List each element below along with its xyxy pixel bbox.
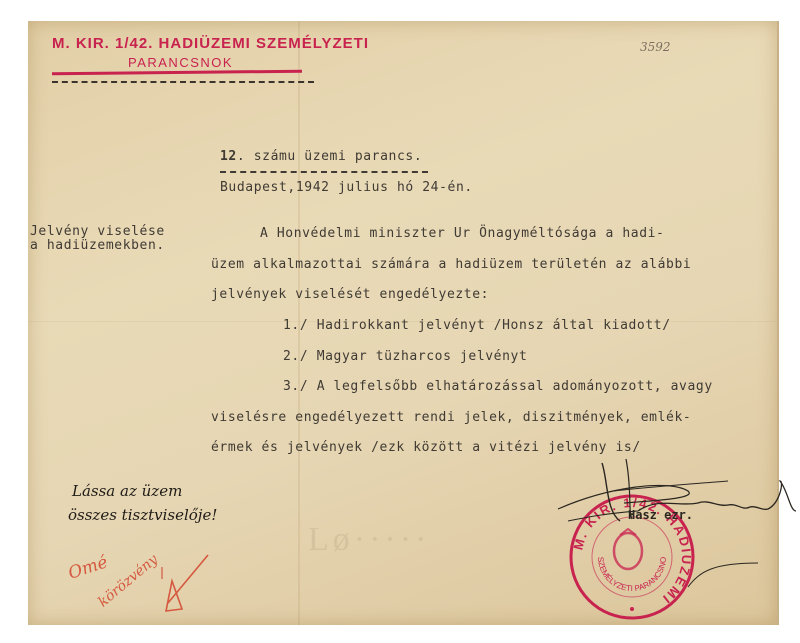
red-pencil-note-line1: Omé bbox=[66, 552, 110, 583]
bleed-through-text: Lø····· bbox=[308, 521, 430, 559]
order-title-text: . számu üzemi parancs. bbox=[237, 149, 422, 164]
list-item: 2./ Magyar tüzharcos jelvényt bbox=[283, 349, 527, 364]
body-line2: üzem alkalmazottai számára a hadiüzem te… bbox=[211, 257, 691, 272]
archive-number: 3592 bbox=[640, 40, 671, 54]
handwritten-note-line2: összes tisztviselője! bbox=[68, 506, 217, 524]
order-title: 12. számu üzemi parancs. bbox=[220, 149, 422, 164]
subject-line2: a hadiüzemekben. bbox=[30, 238, 165, 253]
body-line1: A Honvédelmi miniszter Ur Önagyméltósága… bbox=[260, 226, 664, 241]
order-number: 12 bbox=[220, 149, 237, 164]
order-date: Budapest,1942 julius hó 24-én. bbox=[220, 180, 473, 195]
handwritten-signature-icon bbox=[528, 451, 800, 591]
body-line4: viselésre engedélyezett rendi jelek, dis… bbox=[211, 410, 691, 425]
subject-line1: Jelvény viselése bbox=[30, 224, 165, 239]
handwritten-note-line1: Lássa az üzem bbox=[72, 482, 182, 500]
letterhead-underline bbox=[52, 70, 302, 76]
letterhead-stamp-line2: PARANCSNOK bbox=[128, 55, 233, 70]
list-item: 3./ A legfelsőbb elhatározással adományo… bbox=[283, 379, 713, 394]
red-pencil-check-icon bbox=[158, 553, 218, 613]
document-paper: M. KIR. 1/42. HADIÜZEMI SZEMÉLYZETI PARA… bbox=[28, 21, 779, 625]
list-item: 1./ Hadirokkant jelvényt /Honsz által ki… bbox=[283, 318, 671, 333]
letterhead-dashed-rule bbox=[52, 81, 314, 83]
order-title-underline bbox=[220, 171, 428, 173]
letterhead-stamp-line1: M. KIR. 1/42. HADIÜZEMI SZEMÉLYZETI bbox=[52, 35, 369, 52]
body-line3: jelvények viselését engedélyezte: bbox=[211, 287, 489, 302]
